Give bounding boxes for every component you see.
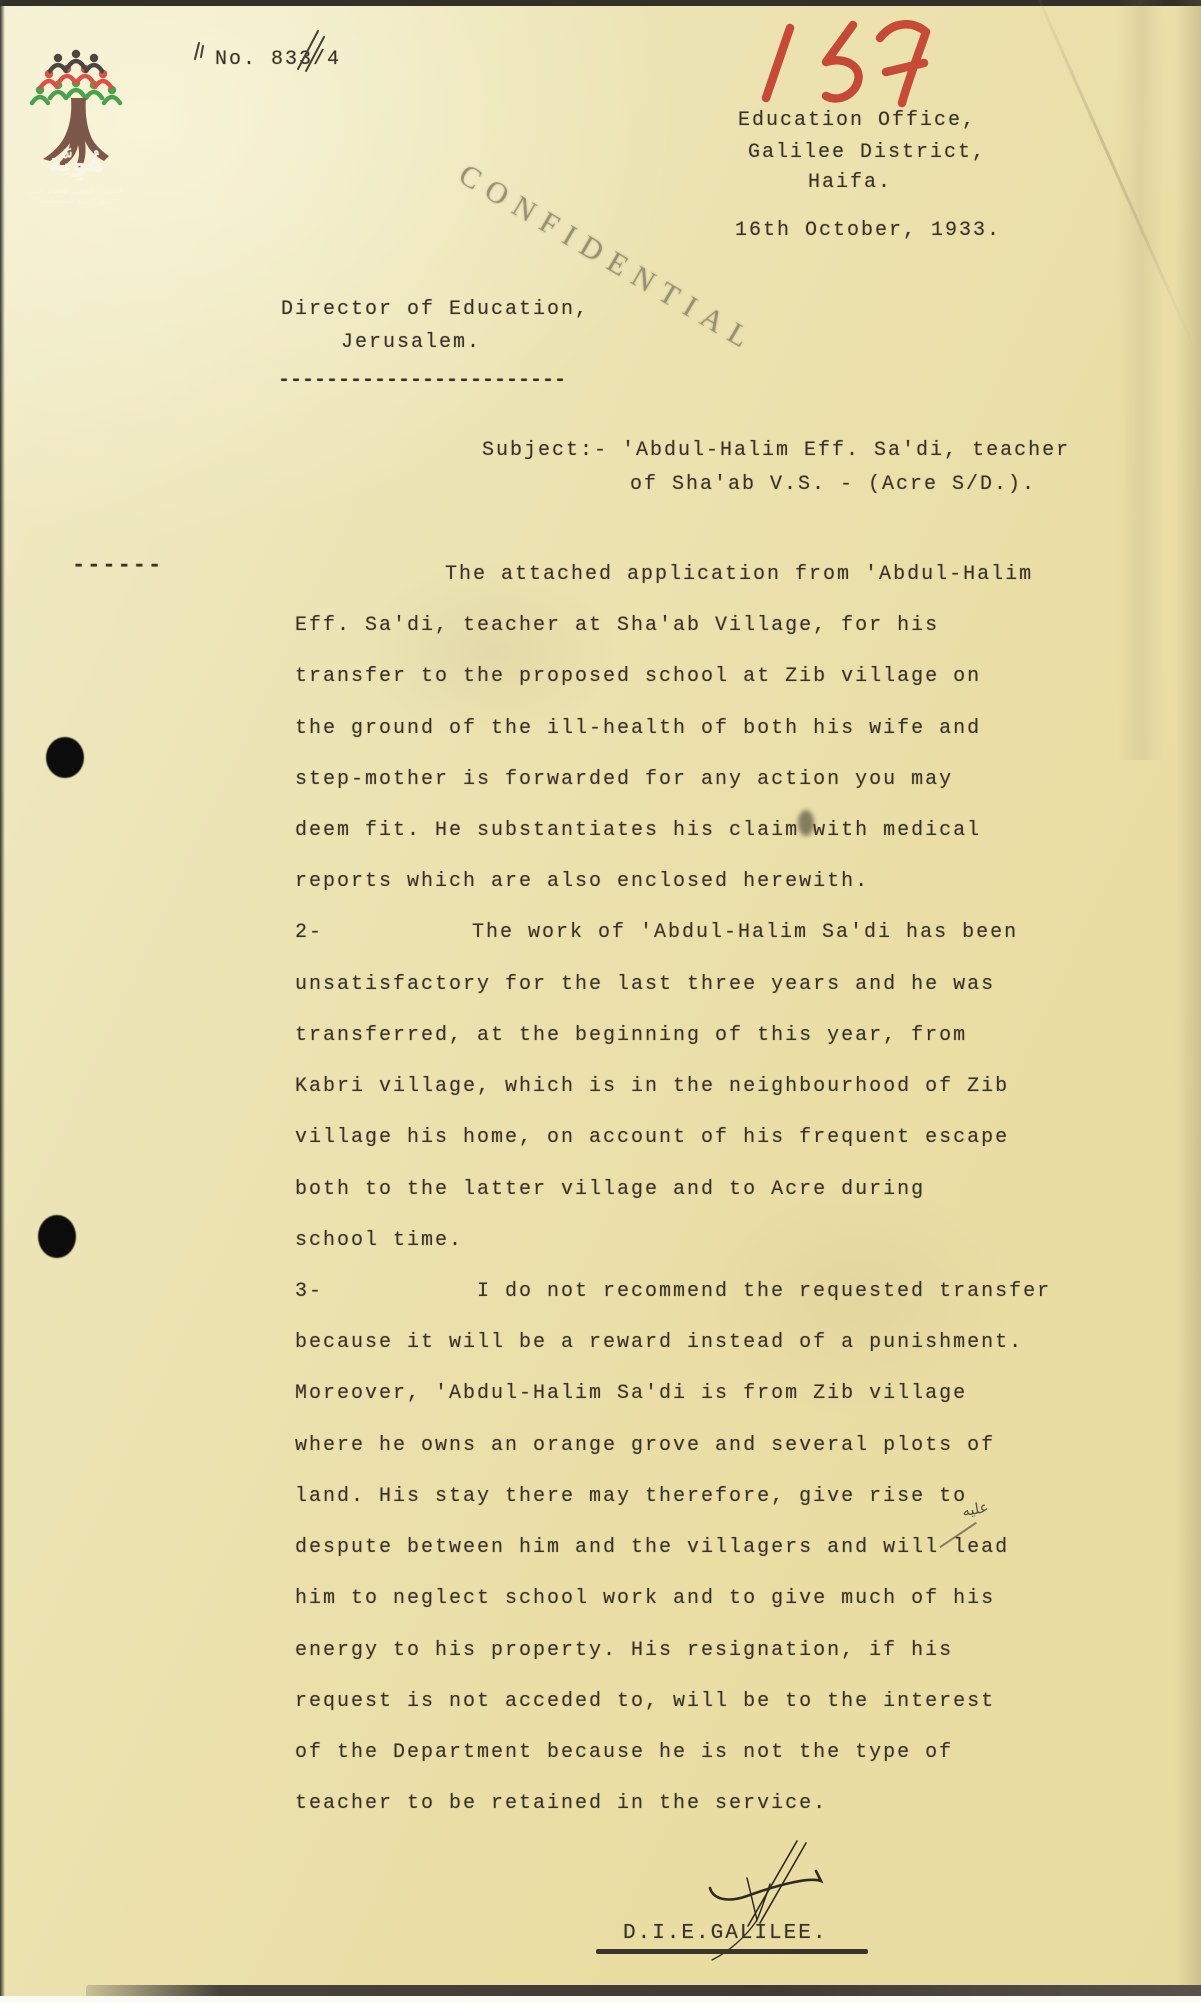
body-line: of the Department because he is not the … <box>295 1741 953 1764</box>
body-line: school time. <box>295 1229 463 1252</box>
signer-name: D.I.E.GALILEE. <box>623 1921 827 1947</box>
body-line: deem fit. He substantiates his claim wit… <box>295 819 981 842</box>
body-line: village his home, on account of his freq… <box>295 1126 1009 1149</box>
punch-hole <box>38 1215 76 1258</box>
body-line: teacher to be retained in the service. <box>295 1792 827 1815</box>
handwritten-folio-number <box>740 0 960 120</box>
scan-edge-left <box>0 0 5 2003</box>
pen-tick-marks-icon <box>185 25 345 80</box>
body-line: The attached application from 'Abdul-Hal… <box>445 563 1033 586</box>
paragraph-2-marker: 2- <box>295 921 323 944</box>
letter-date: 16th October, 1933. <box>735 218 1001 244</box>
paper-crease-vertical <box>1118 0 1164 760</box>
body-line: him to neglect school work and to give m… <box>295 1587 995 1610</box>
paper-stain <box>360 560 620 740</box>
body-line: where he owns an orange grove and severa… <box>295 1434 995 1457</box>
body-line: The work of 'Abdul-Halim Sa'di has been <box>472 921 1018 944</box>
body-line: because it will be a reward instead of a… <box>295 1331 1023 1354</box>
scan-margin-bottom <box>0 1996 1201 2003</box>
body-line: request is not acceded to, will be to th… <box>295 1690 995 1713</box>
paper-crease-diagonal <box>1020 0 1198 353</box>
body-line: unsatisfactory for the last three years … <box>295 973 995 996</box>
subject-line2: of Sha'ab V.S. - (Acre S/D.). <box>630 472 1036 498</box>
body-line: reports which are also enclosed herewith… <box>295 870 869 893</box>
body-line: land. His stay there may therefore, give… <box>295 1485 967 1508</box>
letterhead-office: Education Office, <box>738 108 976 134</box>
body-line: Kabri village, which is in the neighbour… <box>295 1075 1009 1098</box>
body-line: despute between him and the villagers an… <box>295 1536 1009 1559</box>
body-line: transferred, at the beginning of this ye… <box>295 1024 967 1047</box>
scan-edge-right <box>1175 0 1201 2003</box>
logo-wordmark-arabic: هُوِيَّة <box>34 148 118 177</box>
body-line: the ground of the ill-health of both his… <box>295 717 981 740</box>
confidential-stamp: CONFIDENTIAL <box>453 158 763 360</box>
scan-edge-top <box>0 0 1201 6</box>
body-line: step-mother is forwarded for any action … <box>295 768 953 791</box>
paragraph-3-marker: 3- <box>295 1280 323 1303</box>
recipient-title: Director of Education, <box>281 297 589 323</box>
logo-tagline-line1: المشروع الوطني للحفاظ على <box>12 186 142 195</box>
handwritten-annotation-arabic: عليه <box>961 1498 990 1520</box>
margin-dashes: ------ <box>72 553 163 579</box>
scanned-letter-page: هُوِيَّة المشروع الوطني للحفاظ على جذور … <box>0 0 1201 2003</box>
body-line: Moreover, 'Abdul-Halim Sa'di is from Zib… <box>295 1382 967 1405</box>
letterhead-district: Galilee District, <box>748 140 986 166</box>
recipient-underline-dashes: ------------------------ <box>278 368 566 394</box>
recipient-city: Jerusalem. <box>341 330 481 356</box>
letterhead-city: Haifa. <box>808 170 892 196</box>
body-line: both to the latter village and to Acre d… <box>295 1178 925 1201</box>
signer-underline <box>596 1949 868 1954</box>
subject-line1: Subject:- 'Abdul-Halim Eff. Sa'di, teach… <box>482 438 1070 464</box>
body-line: I do not recommend the requested transfe… <box>477 1280 1051 1303</box>
ink-blot <box>798 810 814 836</box>
punch-hole <box>46 737 84 778</box>
body-line: Eff. Sa'di, teacher at Sha'ab Village, f… <box>295 614 939 637</box>
logo-tagline-line2: جذور العائلة الفلسطينية <box>12 196 142 205</box>
body-line: transfer to the proposed school at Zib v… <box>295 665 981 688</box>
body-line: energy to his property. His resignation,… <box>295 1639 953 1662</box>
